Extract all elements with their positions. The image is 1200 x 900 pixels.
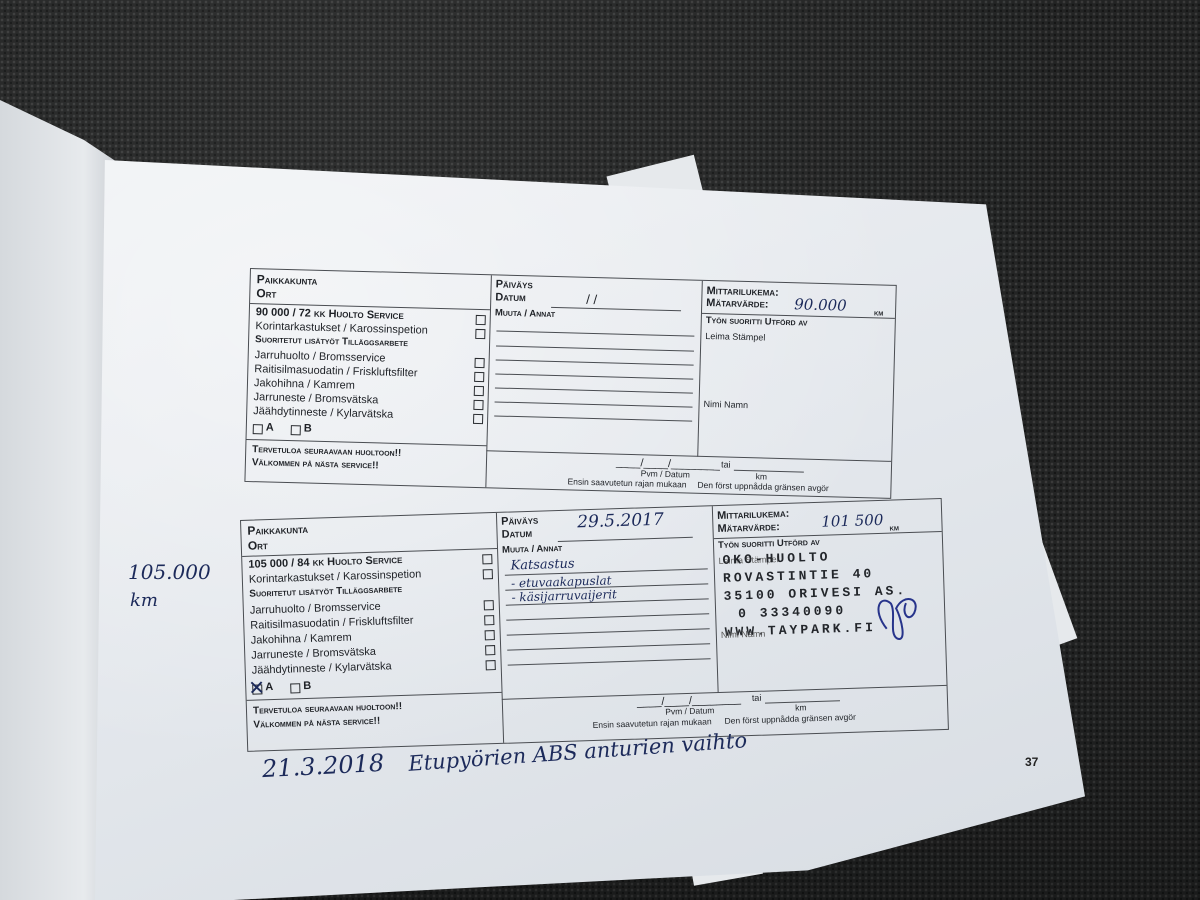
checkbox-cabin-filter[interactable]: [474, 372, 484, 382]
service-title: 105 000 / 84 kk Huolto Service: [248, 554, 402, 571]
name-label: Nimi Namn: [703, 399, 748, 410]
item-brake-service: Jarruhuolto / Bromsservice: [255, 349, 386, 364]
checkbox-cabin-filter[interactable]: [484, 615, 494, 625]
note-line: [495, 373, 693, 379]
margin-mileage-value: 105.000: [128, 560, 211, 584]
service-items-column: Paikkakunta Ort 90 000 / 72 kk Huolto Se…: [245, 269, 490, 487]
date-label-sv: Datum: [495, 291, 526, 304]
item-coolant: Jäähdytinneste / Kylarvätska: [252, 660, 392, 676]
service-checkbox[interactable]: [476, 315, 486, 325]
note-line: [495, 401, 693, 407]
date-label-sv: Datum: [501, 528, 532, 541]
checkbox-brake-service[interactable]: [474, 358, 484, 368]
item-brake-fluid: Jarruneste / Bromsvätska: [253, 391, 378, 406]
note-line: [507, 628, 710, 635]
checkbox-brake-service[interactable]: [484, 600, 494, 610]
odometer-unit: km: [889, 522, 899, 532]
service-entry-105000: Paikkakunta Ort 105 000 / 84 kk Huolto S…: [240, 498, 949, 752]
location-label-sv: Ort: [256, 286, 276, 301]
divider: [247, 692, 502, 701]
odometer-value: 101 500: [821, 511, 884, 531]
service-entry-90000: Paikkakunta Ort 90 000 / 72 kk Huolto Se…: [244, 268, 896, 499]
checkbox-body-inspection[interactable]: [475, 329, 485, 339]
checkbox-coolant[interactable]: [486, 660, 496, 670]
extra-work-heading: Suoritetut lisätyöt Tilläggsarbete: [255, 334, 408, 349]
signature: [865, 588, 927, 650]
checkbox-option-a[interactable]: [253, 424, 263, 434]
page-number: 37: [1025, 755, 1038, 769]
note-line: [506, 613, 709, 620]
option-a-checkmark: ✕: [248, 675, 266, 700]
date-label-fi: Päiväys: [495, 278, 532, 291]
option-a-label: A: [266, 421, 274, 433]
checkbox-option-b[interactable]: [291, 425, 301, 435]
option-b-label: B: [304, 422, 312, 434]
note-line: [508, 658, 711, 665]
date-label-fi: Päiväys: [501, 515, 538, 528]
item-brake-fluid: Jarruneste / Bromsvätska: [251, 646, 376, 662]
location-label-sv: Ort: [248, 538, 268, 553]
note-line: [496, 359, 694, 365]
note-line: [495, 387, 693, 393]
note-line: [496, 330, 694, 336]
odometer-label-fi: Mittarilukema:: [717, 508, 790, 522]
item-cabin-filter: Raitisilmasuodatin / Friskluftsfilter: [250, 615, 414, 632]
checkbox-brake-fluid[interactable]: [485, 645, 495, 655]
service-title: 90 000 / 72 kk Huolto Service: [256, 306, 404, 322]
note-line: [507, 643, 710, 650]
option-b-label: B: [303, 680, 311, 692]
item-timing-belt: Jakohihna / Kamrem: [254, 377, 355, 392]
service-items-column: Paikkakunta Ort 105 000 / 84 kk Huolto S…: [241, 513, 503, 751]
odometer-value: 90.000: [794, 295, 847, 314]
checkbox-brake-fluid[interactable]: [473, 400, 483, 410]
performed-by-label: Työn suoritti Utförd av: [706, 315, 808, 329]
date-line: [551, 307, 681, 311]
note-line: [496, 345, 694, 351]
note-line: [494, 415, 692, 421]
note-line-1: Katsastus: [510, 557, 575, 574]
date-line: [558, 537, 693, 542]
odometer-label-sv: Mätarvärde:: [717, 521, 780, 535]
item-brake-service: Jarruhuolto / Bromsservice: [250, 601, 381, 617]
location-label-fi: Paikkakunta: [247, 522, 308, 538]
name-label: Nimi Namn: [721, 629, 766, 640]
welcome-fi: Tervetuloa seuraavaan huoltoon!!: [253, 701, 402, 717]
or-label: tai: [721, 459, 731, 469]
checkbox-body-inspection[interactable]: [483, 569, 493, 579]
date-field[interactable]: 29.5.2017: [577, 510, 664, 533]
item-coolant: Jäähdytinneste / Kylarvätska: [253, 405, 393, 421]
odometer-label-sv: Mätarvärde:: [706, 297, 769, 311]
service-checkbox[interactable]: [482, 554, 492, 564]
other-label: Muuta / Annat: [502, 543, 563, 556]
date-field[interactable]: / /: [586, 292, 597, 307]
welcome-sv: Välkommen på nästa service!!: [253, 716, 380, 731]
odometer-unit: km: [874, 307, 884, 317]
extra-work-heading: Suoritetut lisätyöt Tilläggsarbete: [249, 584, 402, 600]
next-date-label: Pvm / Datum: [665, 705, 714, 717]
margin-mileage-unit: km: [130, 590, 158, 611]
checkbox-coolant[interactable]: [473, 414, 483, 424]
other-label: Muuta / Annat: [495, 307, 555, 320]
km-label: km: [756, 471, 768, 481]
km-label: km: [795, 702, 807, 712]
option-a-label: A: [265, 681, 273, 693]
checkbox-timing-belt[interactable]: [485, 630, 495, 640]
checkbox-option-b[interactable]: [290, 683, 300, 693]
item-timing-belt: Jakohihna / Kamrem: [251, 632, 352, 647]
welcome-sv: Välkommen på nästa service!!: [252, 457, 379, 471]
checkbox-timing-belt[interactable]: [474, 386, 484, 396]
stamp-label: Leima Stämpel: [705, 331, 765, 343]
or-label: tai: [752, 693, 762, 703]
